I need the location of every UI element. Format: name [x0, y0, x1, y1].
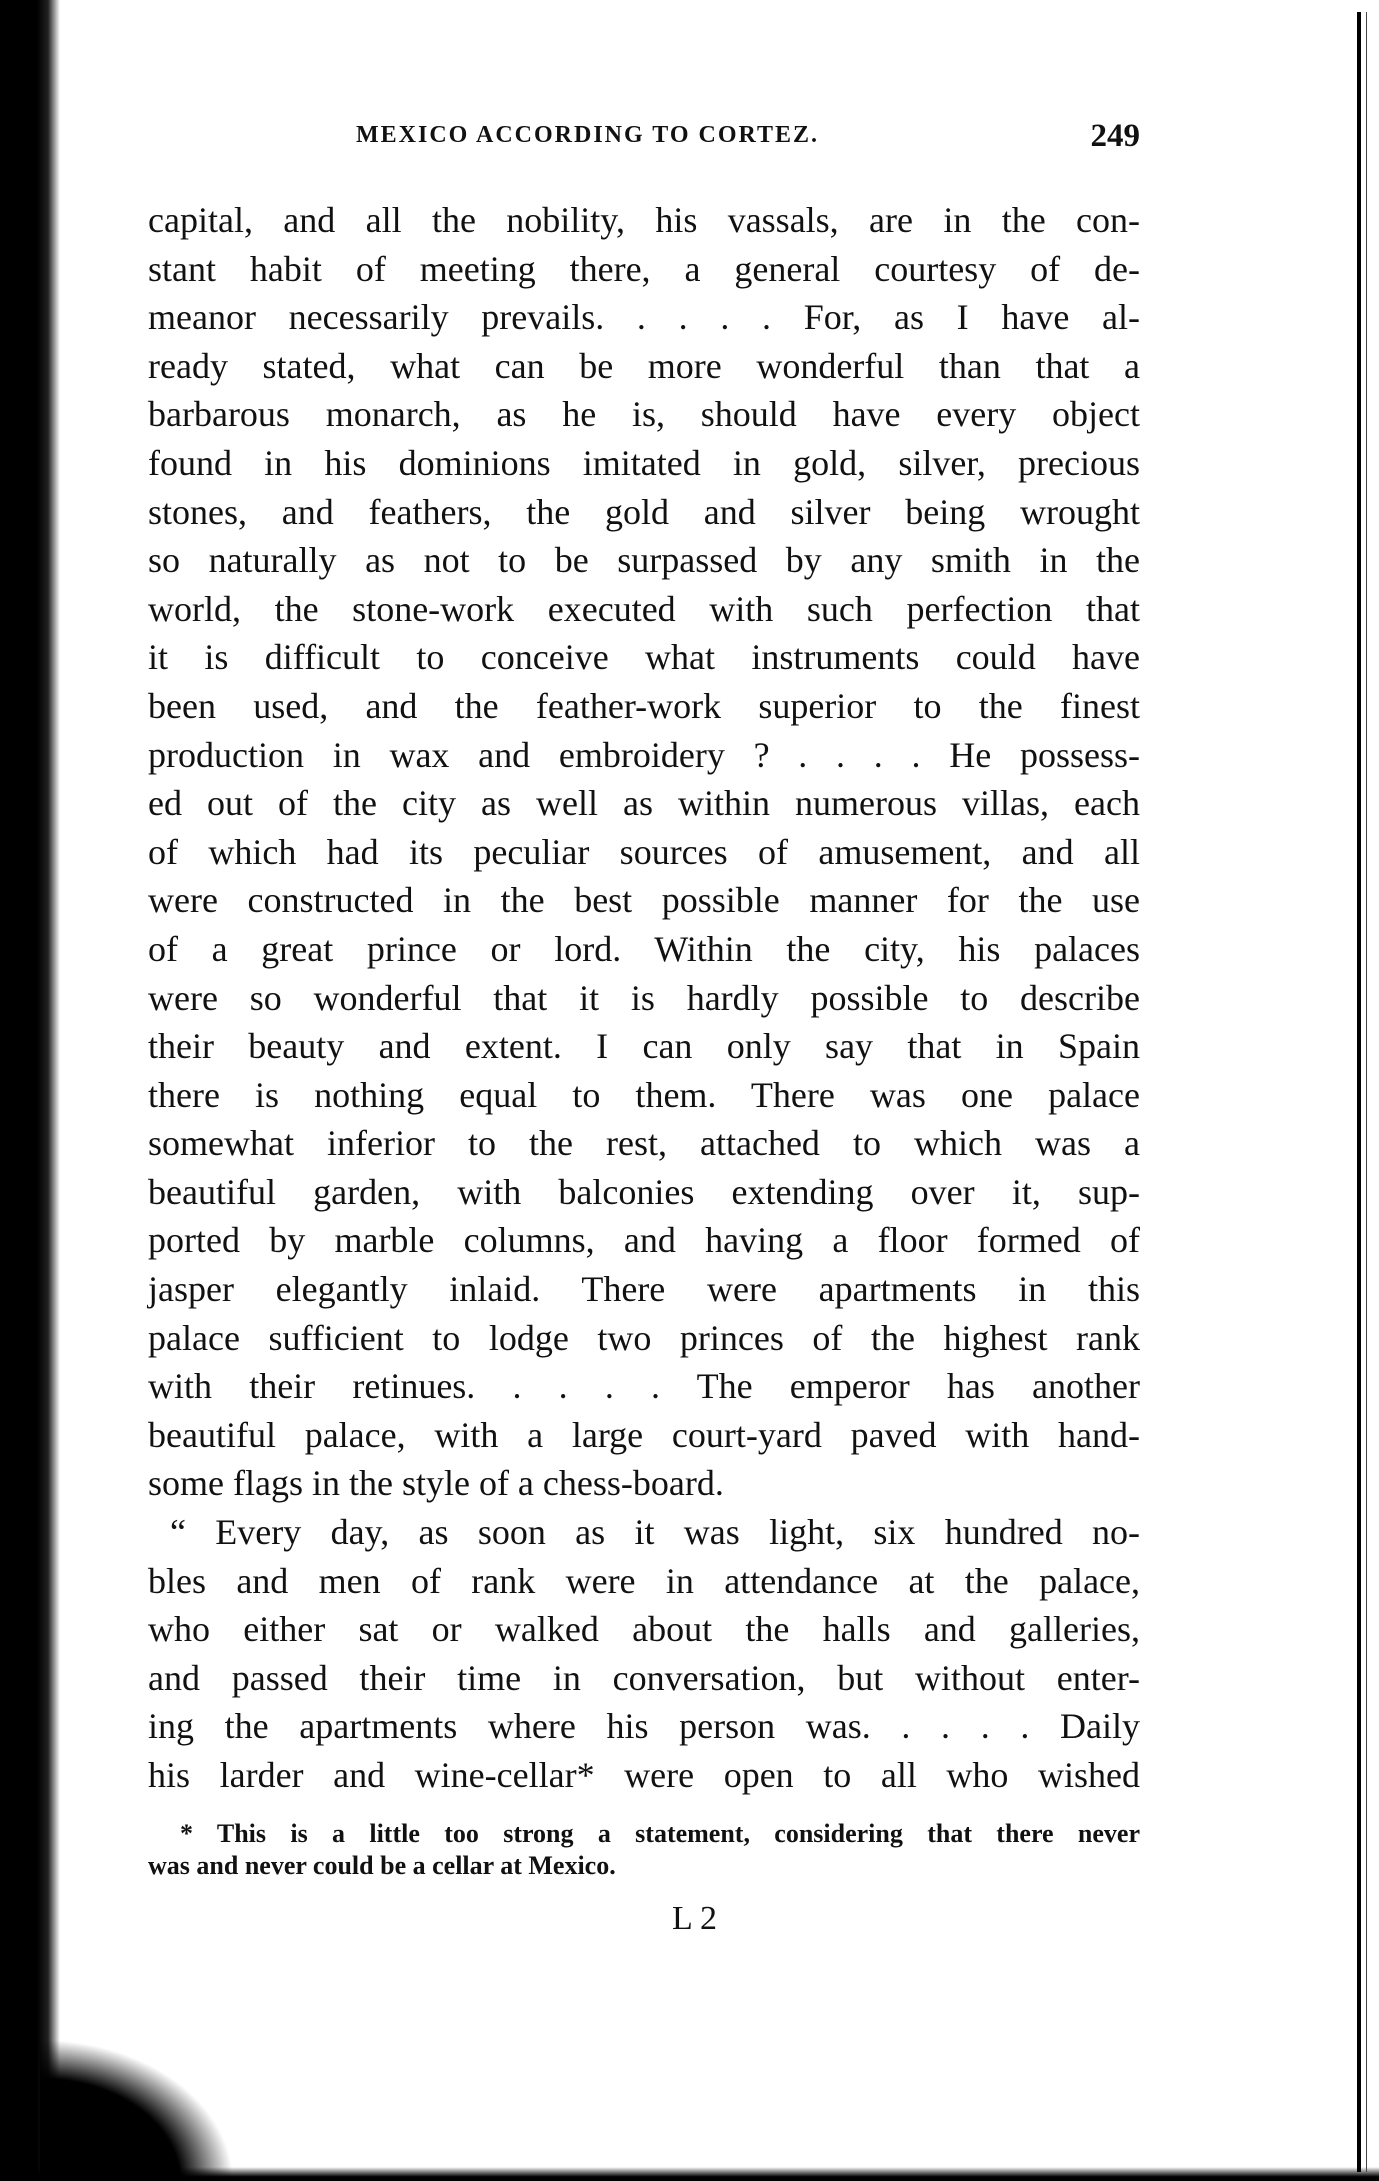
running-title: MEXICO ACCORDING TO CORTEZ. [356, 122, 819, 149]
text-line: production in wax and embroidery ? . . .… [148, 731, 1140, 780]
text-line: of which had its peculiar sources of amu… [148, 828, 1140, 877]
text-line: capital, and all the nobility, his vassa… [148, 196, 1140, 245]
text-line: there is nothing equal to them. There wa… [148, 1071, 1140, 1120]
text-line: beautiful palace, with a large court-yar… [148, 1411, 1140, 1460]
text-line: palace sufficient to lodge two princes o… [148, 1314, 1140, 1363]
running-head: MEXICO ACCORDING TO CORTEZ. 249 [148, 118, 1140, 158]
body-text: capital, and all the nobility, his vassa… [148, 196, 1140, 1800]
scan-right-edge-line [1357, 12, 1361, 2172]
scan-right-edge-thin-line [1366, 12, 1367, 2172]
text-line: some flags in the style of a chess-board… [148, 1459, 1140, 1508]
text-line: ed out of the city as well as within num… [148, 779, 1140, 828]
text-line: with their retinues. . . . . The emperor… [148, 1362, 1140, 1411]
page-number: 249 [1091, 118, 1141, 155]
text-line: his larder and wine-cellar* were open to… [148, 1751, 1140, 1800]
text-line: meanor necessarily prevails. . . . . For… [148, 293, 1140, 342]
text-line: stant habit of meeting there, a general … [148, 245, 1140, 294]
text-line: were constructed in the best possible ma… [148, 876, 1140, 925]
text-line: barbarous monarch, as he is, should have… [148, 390, 1140, 439]
text-line: were so wonderful that it is hardly poss… [148, 974, 1140, 1023]
text-line: been used, and the feather-work superior… [148, 682, 1140, 731]
text-line: world, the stone-work executed with such… [148, 585, 1140, 634]
text-line: beautiful garden, with balconies extendi… [148, 1168, 1140, 1217]
footnote: * This is a little too strong a statemen… [148, 1818, 1140, 1882]
text-line: who either sat or walked about the halls… [148, 1605, 1140, 1654]
text-line: ready stated, what can be more wonderful… [148, 342, 1140, 391]
footnote-line: * This is a little too strong a statemen… [148, 1818, 1140, 1850]
text-line: so naturally as not to be surpassed by a… [148, 536, 1140, 585]
text-line: stones, and feathers, the gold and silve… [148, 488, 1140, 537]
text-line: their beauty and extent. I can only say … [148, 1022, 1140, 1071]
scan-left-edge-shadow [0, 0, 60, 2181]
text-line: jasper elegantly inlaid. There were apar… [148, 1265, 1140, 1314]
text-line: of a great prince or lord. Within the ci… [148, 925, 1140, 974]
text-line: it is difficult to conceive what instrum… [148, 633, 1140, 682]
text-line: somewhat inferior to the rest, attached … [148, 1119, 1140, 1168]
scan-bottom-edge-shadow [0, 2167, 1379, 2181]
text-line: found in his dominions imitated in gold,… [148, 439, 1140, 488]
signature-mark: L 2 [0, 1900, 1379, 1938]
footnote-line: was and never could be a cellar at Mexic… [148, 1850, 1140, 1882]
scan-corner-shadow [40, 2020, 260, 2181]
text-line-paragraph-start: “ Every day, as soon as it was light, si… [148, 1508, 1140, 1557]
text-line: ing the apartments where his person was.… [148, 1702, 1140, 1751]
text-line: ported by marble columns, and having a f… [148, 1216, 1140, 1265]
text-line: bles and men of rank were in attendance … [148, 1557, 1140, 1606]
text-line: and passed their time in conversation, b… [148, 1654, 1140, 1703]
